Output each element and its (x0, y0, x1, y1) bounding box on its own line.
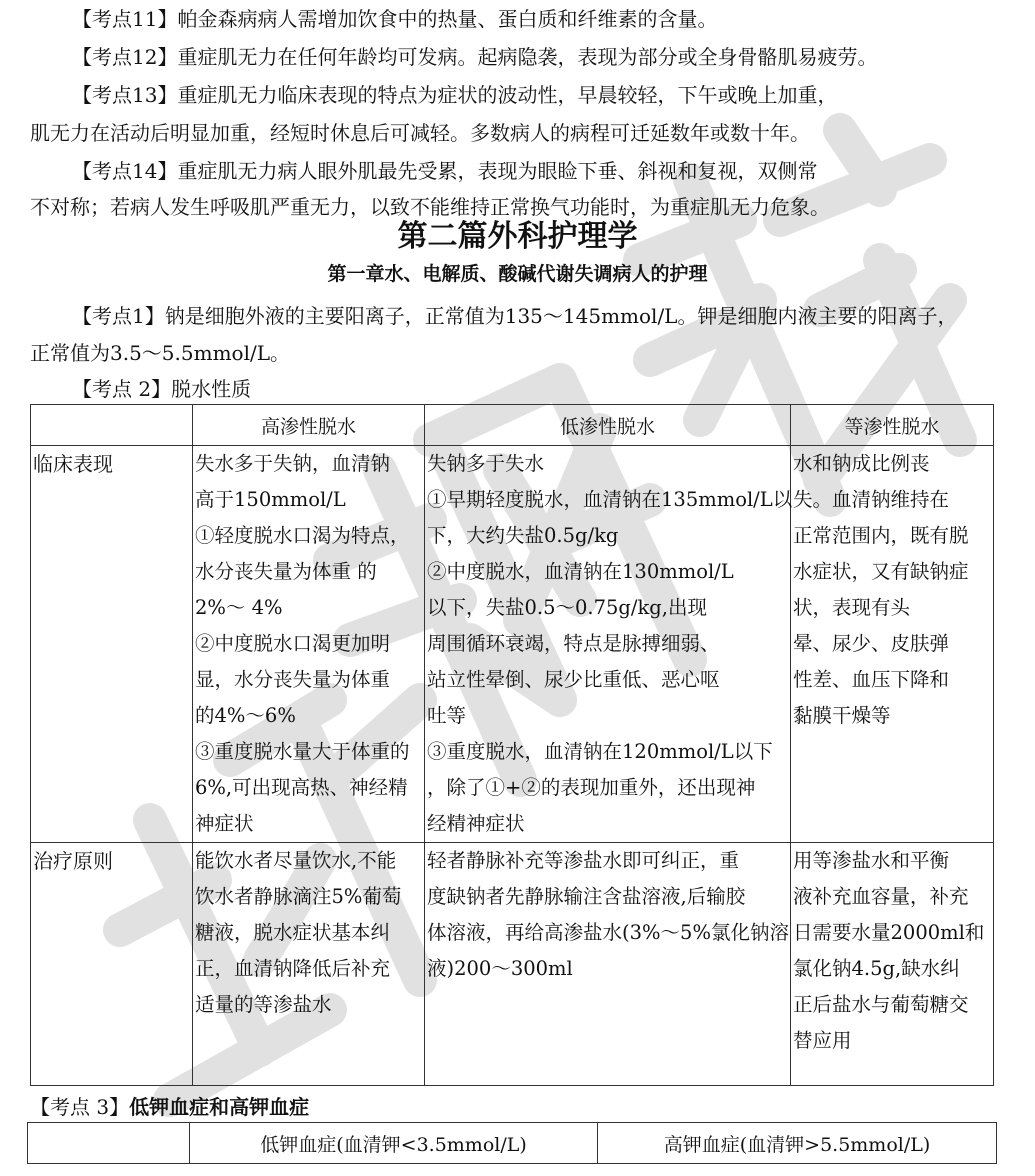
point-3-heading: 【考点 3】低钾血症和高钾血症 (30, 1094, 309, 1120)
table-header-cell: 低渗性脱水 (425, 405, 791, 446)
table-cell: 用等渗盐水和平衡 液补充血容量，补充 日需要水量2000ml和 氯化钠4.5g,… (791, 843, 994, 1086)
table-header-cell (31, 405, 193, 446)
point-title: 低钾血症和高钾血症 (129, 1095, 309, 1119)
cell-line: 体溶液，再给高渗盐水(3%～5%氯化钠溶 (427, 915, 788, 951)
point-13-continued: 肌无力在活动后明显加重，经短时休息后可减轻。多数病人的病程可迁延数年或数十年。 (30, 120, 810, 146)
point-1: 【考点1】钠是细胞外液的主要阳离子，正常值为135～145mmol/L。钾是细胞… (72, 303, 957, 329)
point-2-heading: 【考点 2】脱水性质 (72, 376, 251, 402)
cell-line: 高于150mmol/L (195, 482, 422, 518)
cell-line: 黏膜干燥等 (793, 698, 991, 734)
row-label: 临床表现 (31, 446, 193, 843)
cell-line: 的4%～6% (195, 698, 422, 734)
cell-line: 适量的等渗盐水 (195, 987, 422, 1023)
point-text: 钠是细胞外液的主要阳离子，正常值为135～145mmol/L。钾是细胞内液主要的… (165, 304, 958, 328)
point-text: 重症肌无力在任何年龄均可发病。起病隐袭，表现为部分或全身骨骼肌易疲劳。 (177, 45, 877, 69)
point-tag: 【考点 2】 (72, 377, 171, 401)
table-cell: 失钠多于失水 ①早期轻度脱水，血清钠在135mmol/L以 下，大约失盐0.5g… (425, 446, 791, 843)
point-1-continued: 正常值为3.5～5.5mmol/L。 (30, 340, 290, 366)
point-text: 重症肌无力病人眼外肌最先受累，表现为眼睑下垂、斜视和复视，双侧常 (177, 159, 817, 183)
cell-line: 水症状，又有缺钠症 (793, 554, 991, 590)
cell-line: 替应用 (793, 1023, 991, 1059)
point-tag: 【考点13】 (72, 83, 177, 107)
cell-line: 日需要水量2000ml和 (793, 915, 991, 951)
cell-line: 用等渗盐水和平衡 (793, 843, 991, 879)
cell-line: ③重度脱水，血清钠在120mmol/L以下 (427, 734, 788, 770)
table-header-cell: 等渗性脱水 (791, 405, 994, 446)
cell-line: 站立性晕倒、尿少比重低、恶心呕 (427, 662, 788, 698)
table-cell: 水和钠成比例丧 失。血清钠维持在 正常范围内，既有脱 水症状，又有缺钠症 状，表… (791, 446, 994, 843)
table-header-cell: 低钾血症(血清钾<3.5mmol/L) (190, 1123, 598, 1164)
cell-line: ①轻度脱水口渴为特点， (195, 518, 422, 554)
cell-line: 以下，失盐0.5～0.75g/kg,出现 (427, 590, 788, 626)
cell-line: 下，大约失盐0.5g/kg (427, 518, 788, 554)
point-12: 【考点12】重症肌无力在任何年龄均可发病。起病隐袭，表现为部分或全身骨骼肌易疲劳… (72, 44, 877, 70)
table-header-cell: 高渗性脱水 (193, 405, 425, 446)
cell-line: 状，表现有头 (793, 590, 991, 626)
cell-line: 水和钠成比例丧 (793, 446, 991, 482)
point-tag: 【考点 3】 (30, 1095, 129, 1119)
cell-line: 水分丧失量为体重 的 (195, 554, 422, 590)
table-row: 临床表现 失水多于失钠，血清钠 高于150mmol/L ①轻度脱水口渴为特点， … (31, 446, 994, 843)
point-14: 【考点14】重症肌无力病人眼外肌最先受累，表现为眼睑下垂、斜视和复视，双侧常 (72, 158, 817, 184)
cell-line: 正后盐水与葡萄糖交 (793, 987, 991, 1023)
cell-line: 度缺钠者先静脉输注含盐溶液,后输胶 (427, 879, 788, 915)
point-tag: 【考点11】 (72, 7, 177, 31)
table-cell: 能饮水者尽量饮水,不能 饮水者静脉滴注5%葡萄 糖液，脱水症状基本纠 正，血清钠… (193, 843, 425, 1086)
cell-line: 失钠多于失水 (427, 446, 788, 482)
point-tag: 【考点12】 (72, 45, 177, 69)
table-header-cell (28, 1123, 190, 1164)
cell-line: 晕、尿少、皮肤弹 (793, 626, 991, 662)
cell-line: 2%～ 4% (195, 590, 422, 626)
point-title: 脱水性质 (171, 377, 251, 401)
cell-line: 显，水分丧失量为体重 (195, 662, 422, 698)
chapter-title: 第一章水、电解质、酸碱代谢失调病人的护理 (0, 260, 1035, 288)
table-header-cell: 高钾血症(血清钾>5.5mmol/L) (598, 1123, 997, 1164)
cell-line: 吐等 (427, 698, 788, 734)
cell-line: 糖液，脱水症状基本纠 (195, 915, 422, 951)
cell-line: 氯化钠4.5g,缺水纠 (793, 951, 991, 987)
cell-line: 性差、血压下降和 (793, 662, 991, 698)
point-14-continued: 不对称；若病人发生呼吸肌严重无力，以致不能维持正常换气功能时，为重症肌无力危象。 (30, 194, 830, 220)
point-11: 【考点11】帕金森病病人需增加饮食中的热量、蛋白质和纤维素的含量。 (72, 6, 717, 32)
cell-line: 液)200～300ml (427, 951, 788, 987)
cell-line: 失水多于失钠，血清钠 (195, 446, 422, 482)
cell-line: ②中度脱水口渴更加明 (195, 626, 422, 662)
row-label: 治疗原则 (31, 843, 193, 1086)
table-header-row: 低钾血症(血清钾<3.5mmol/L) 高钾血症(血清钾>5.5mmol/L) (28, 1123, 997, 1164)
cell-line: ，除了①+②的表现加重外，还出现神 (427, 770, 788, 806)
cell-line: ③重度脱水量大于体重的 (195, 734, 422, 770)
potassium-table: 低钾血症(血清钾<3.5mmol/L) 高钾血症(血清钾>5.5mmol/L) (27, 1122, 997, 1164)
point-13: 【考点13】重症肌无力临床表现的特点为症状的波动性，早晨较轻，下午或晚上加重， (72, 82, 837, 108)
cell-line: 6%,可出现高热、神经精 (195, 770, 422, 806)
cell-line: ②中度脱水，血清钠在130mmol/L (427, 554, 788, 590)
point-tag: 【考点14】 (72, 159, 177, 183)
cell-line: 经精神症状 (427, 806, 788, 842)
cell-line: 液补充血容量，补充 (793, 879, 991, 915)
cell-line: 失。血清钠维持在 (793, 482, 991, 518)
table-cell: 失水多于失钠，血清钠 高于150mmol/L ①轻度脱水口渴为特点， 水分丧失量… (193, 446, 425, 843)
dehydration-table: 高渗性脱水 低渗性脱水 等渗性脱水 临床表现 失水多于失钠，血清钠 高于150m… (30, 404, 994, 1086)
cell-line: 饮水者静脉滴注5%葡萄 (195, 879, 422, 915)
table-row: 治疗原则 能饮水者尽量饮水,不能 饮水者静脉滴注5%葡萄 糖液，脱水症状基本纠 … (31, 843, 994, 1086)
point-tag: 【考点1】 (72, 304, 165, 328)
table-cell: 轻者静脉补充等渗盐水即可纠正，重 度缺钠者先静脉输注含盐溶液,后输胶 体溶液，再… (425, 843, 791, 1086)
cell-line: ①早期轻度脱水，血清钠在135mmol/L以 (427, 482, 788, 518)
point-text: 重症肌无力临床表现的特点为症状的波动性，早晨较轻，下午或晚上加重， (177, 83, 837, 107)
cell-line: 正常范围内，既有脱 (793, 518, 991, 554)
cell-line: 能饮水者尽量饮水,不能 (195, 843, 422, 879)
point-text: 帕金森病病人需增加饮食中的热量、蛋白质和纤维素的含量。 (177, 7, 717, 31)
part-title: 第二篇外科护理学 (0, 218, 1035, 256)
cell-line: 正，血清钠降低后补充 (195, 951, 422, 987)
cell-line: 轻者静脉补充等渗盐水即可纠正，重 (427, 843, 788, 879)
table-header-row: 高渗性脱水 低渗性脱水 等渗性脱水 (31, 405, 994, 446)
cell-line: 神症状 (195, 806, 422, 842)
cell-line: 周围循环衰竭，特点是脉搏细弱、 (427, 626, 788, 662)
